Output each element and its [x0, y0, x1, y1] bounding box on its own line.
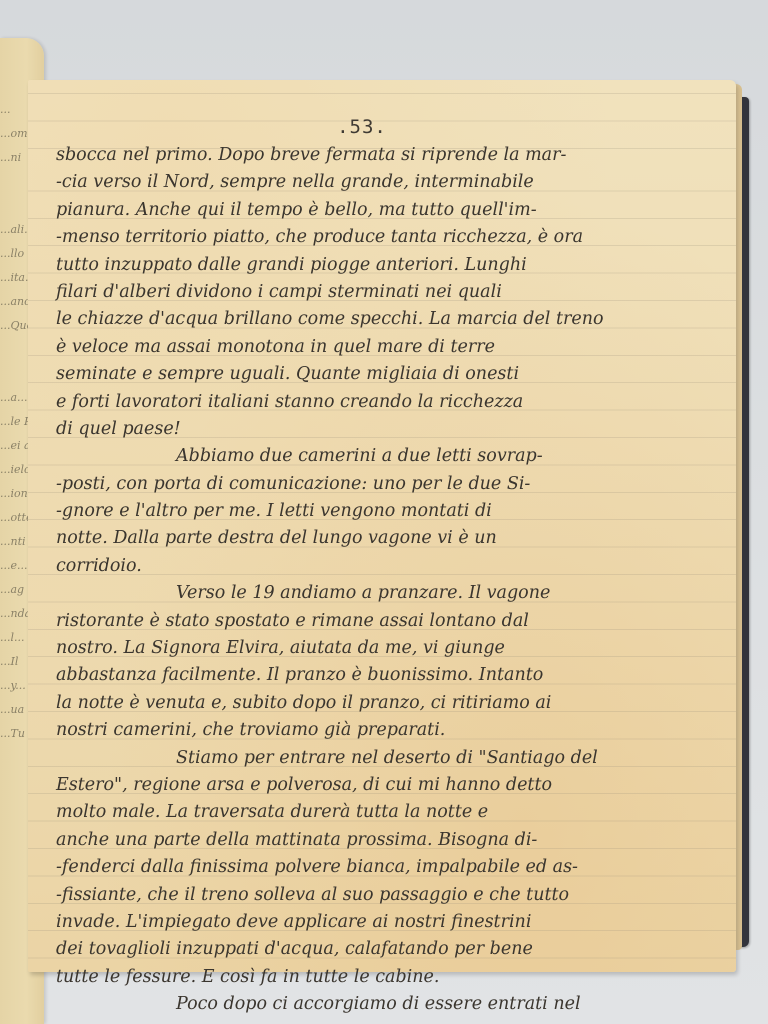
- text-line: le chiazze d'acqua brillano come specchi…: [56, 306, 716, 333]
- text-line: -gnore e l'altro per me. I letti vengono…: [56, 498, 716, 525]
- text-line: dei tovaglioli inzuppati d'acqua, calafa…: [56, 936, 716, 963]
- text-line: filari d'alberi dividono i campi stermin…: [56, 279, 716, 306]
- handwritten-text: sbocca nel primo. Dopo breve fermata si …: [56, 142, 716, 1019]
- text-line: pianura. Anche qui il tempo è bello, ma …: [56, 197, 716, 224]
- text-line: nostro. La Signora Elvira, aiutata da me…: [56, 635, 716, 662]
- text-line: corridoio.: [56, 553, 716, 580]
- text-line: -posti, con porta di comunicazione: uno …: [56, 471, 716, 498]
- paragraph-start-line: Stiamo per entrare nel deserto di "Santi…: [56, 745, 716, 772]
- text-line: ristorante è stato spostato e rimane ass…: [56, 608, 716, 635]
- text-line: tutte le fessure. E così fa in tutte le …: [56, 964, 716, 991]
- text-line: la notte è venuta e, subito dopo il pran…: [56, 690, 716, 717]
- text-line: abbastanza facilmente. Il pranzo è buoni…: [56, 662, 716, 689]
- text-line: molto male. La traversata durerà tutta l…: [56, 799, 716, 826]
- text-line: nostri camerini, che troviamo già prepar…: [56, 717, 716, 744]
- text-line: sbocca nel primo. Dopo breve fermata si …: [56, 142, 716, 169]
- text-line: è veloce ma assai monotona in quel mare …: [56, 334, 716, 361]
- text-line: Estero", regione arsa e polverosa, di cu…: [56, 772, 716, 799]
- notebook-page: .53. sbocca nel primo. Dopo breve fermat…: [28, 80, 736, 972]
- text-line: anche una parte della mattinata prossima…: [56, 827, 716, 854]
- text-line: seminate e sempre uguali. Quante migliai…: [56, 361, 716, 388]
- text-line: notte. Dalla parte destra del lungo vago…: [56, 525, 716, 552]
- text-line: di quel paese!: [56, 416, 716, 443]
- text-line: invade. L'impiegato deve applicare ai no…: [56, 909, 716, 936]
- text-line: e forti lavoratori italiani stanno crean…: [56, 389, 716, 416]
- paragraph-start-line: Verso le 19 andiamo a pranzare. Il vagon…: [56, 580, 716, 607]
- text-line: -fenderci dalla finissima polvere bianca…: [56, 854, 716, 881]
- text-line: -menso territorio piatto, che produce ta…: [56, 224, 716, 251]
- text-line: -cia verso il Nord, sempre nella grande,…: [56, 169, 716, 196]
- text-line: tutto inzuppato dalle grandi piogge ante…: [56, 252, 716, 279]
- paragraph-start-line: Abbiamo due camerini a due letti sovrap-: [56, 443, 716, 470]
- text-line: -fissiante, che il treno solleva al suo …: [56, 882, 716, 909]
- paragraph-start-line: Poco dopo ci accorgiamo di essere entrat…: [56, 991, 716, 1018]
- page-number: .53.: [28, 116, 736, 138]
